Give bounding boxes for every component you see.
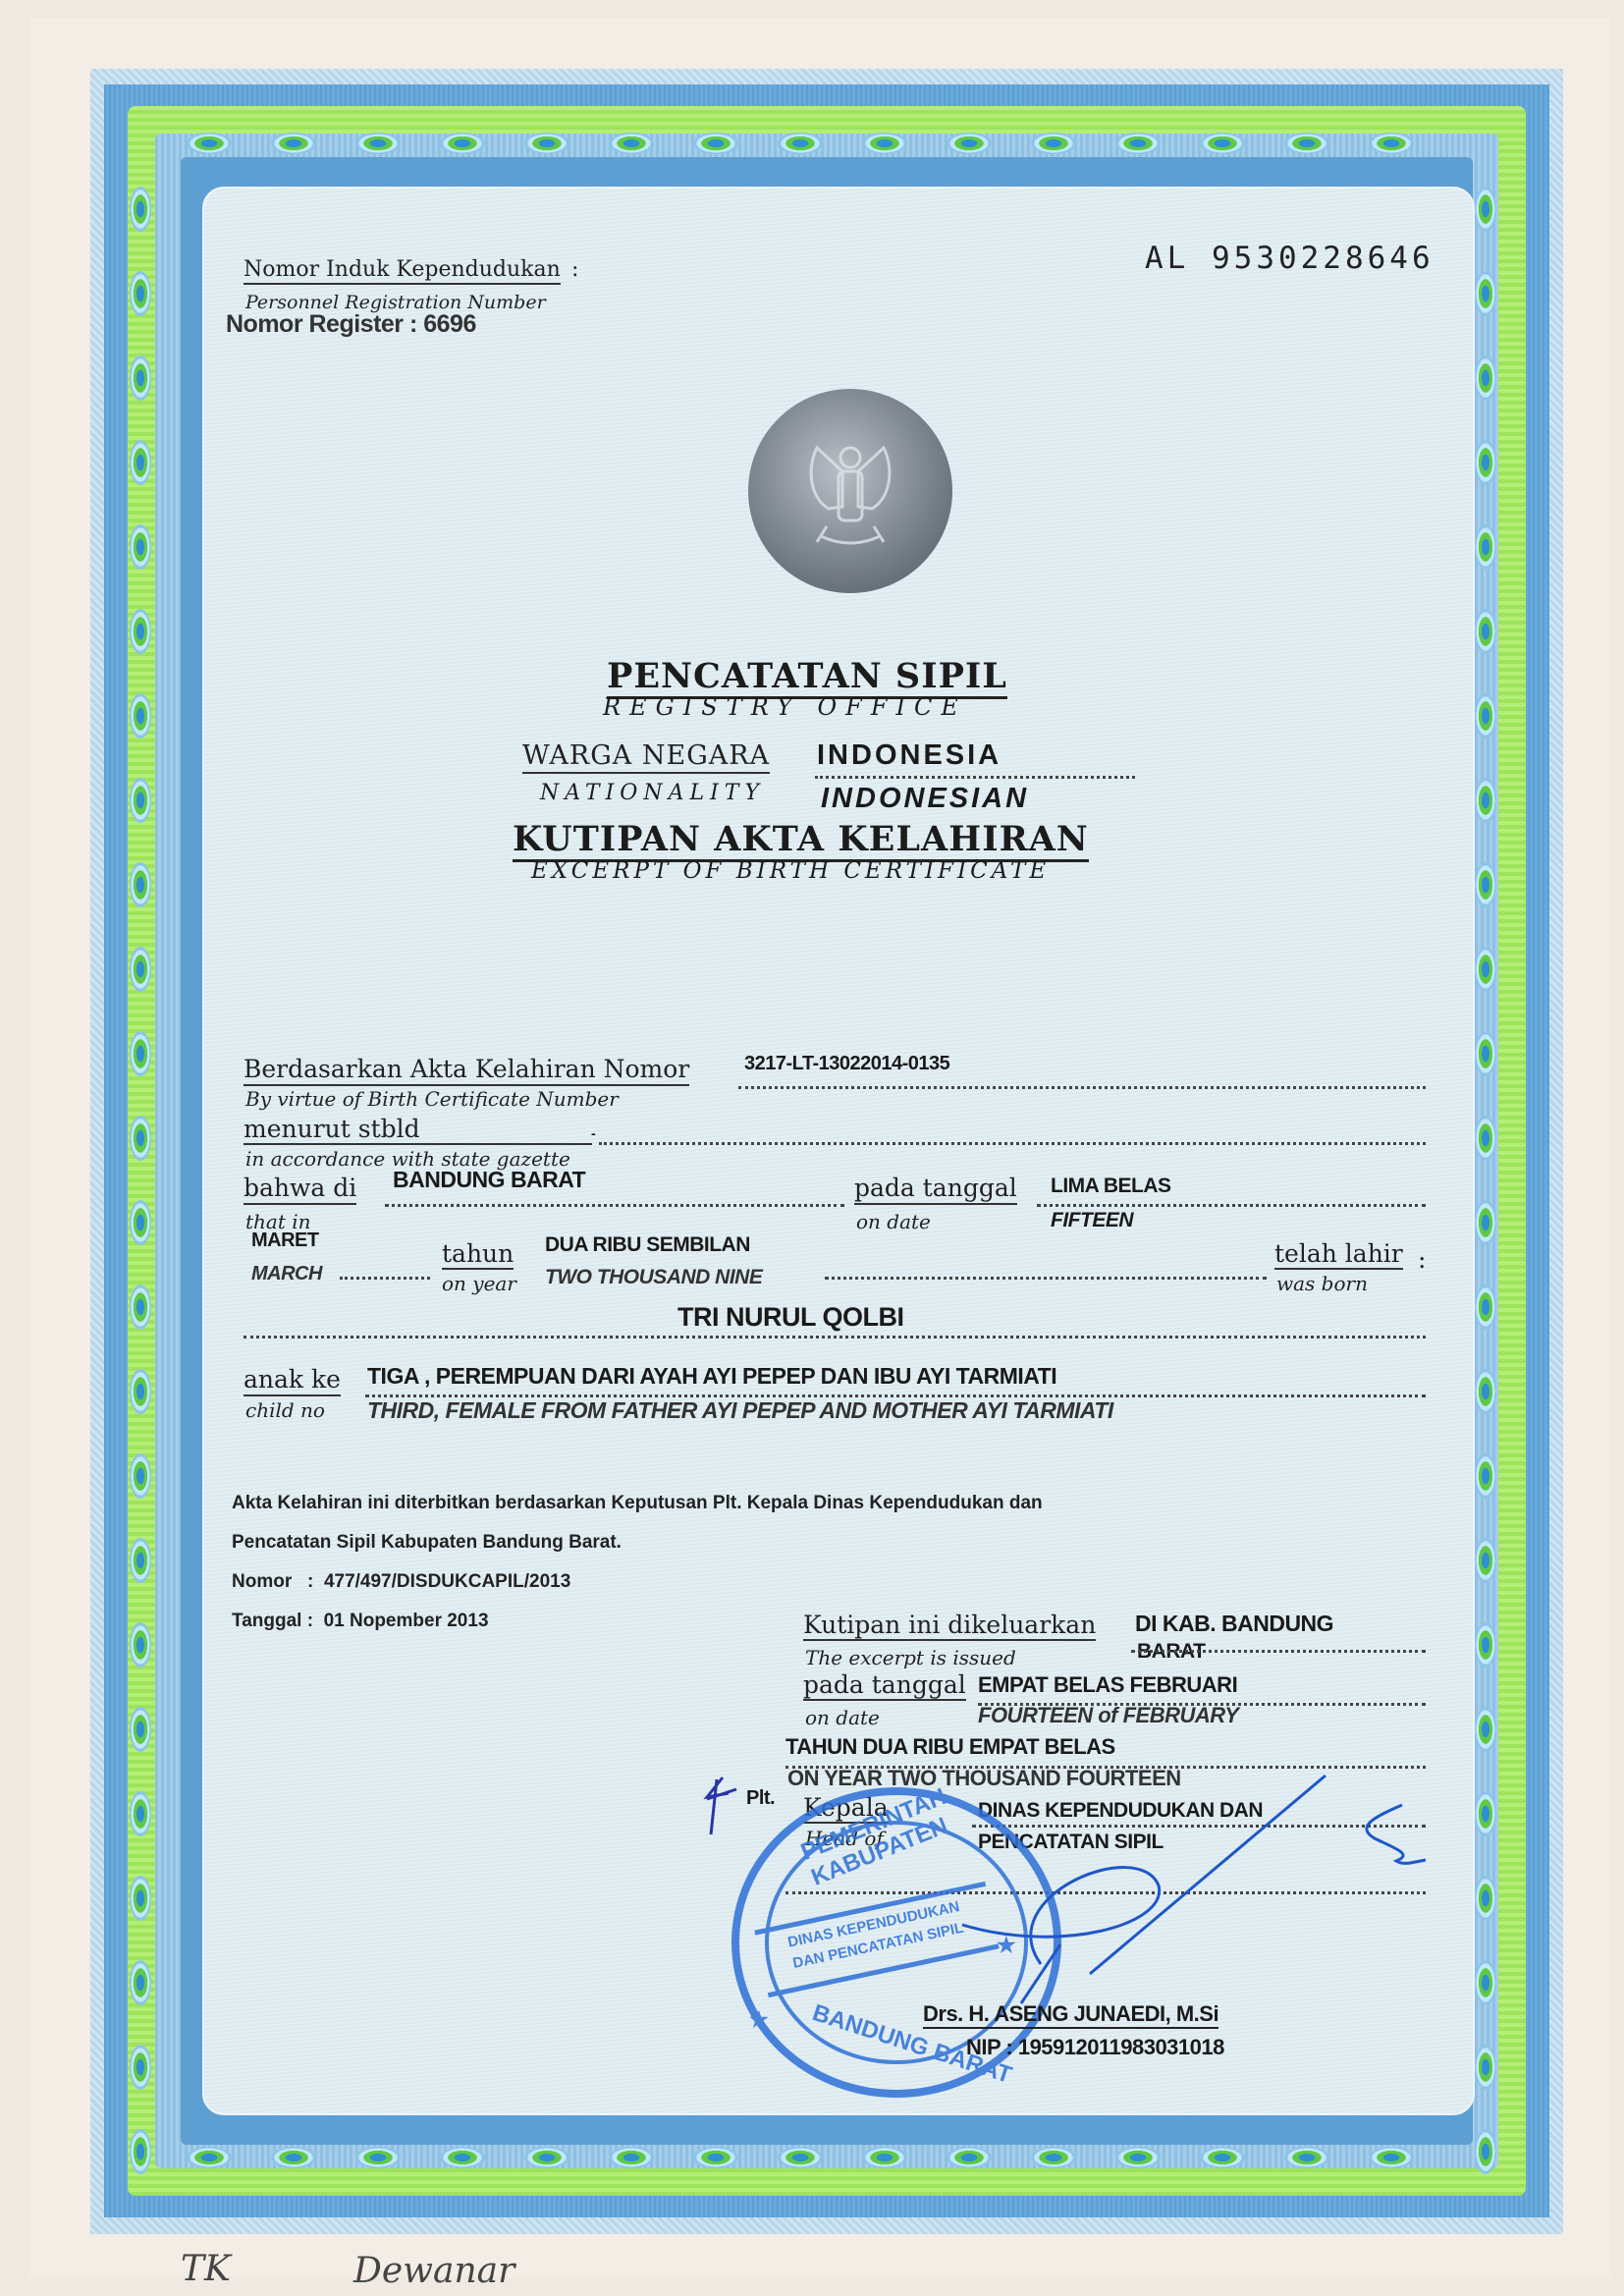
official-nip: NIP : 195912011983031018	[966, 2035, 1224, 2060]
signature-icon	[0, 0, 1624, 2296]
handwriting-initials: TK	[181, 2249, 231, 2289]
official-name: Drs. H. ASENG JUNAEDI, M.Si	[923, 2001, 1218, 2029]
handwriting-note: Dewanar	[353, 2251, 514, 2291]
